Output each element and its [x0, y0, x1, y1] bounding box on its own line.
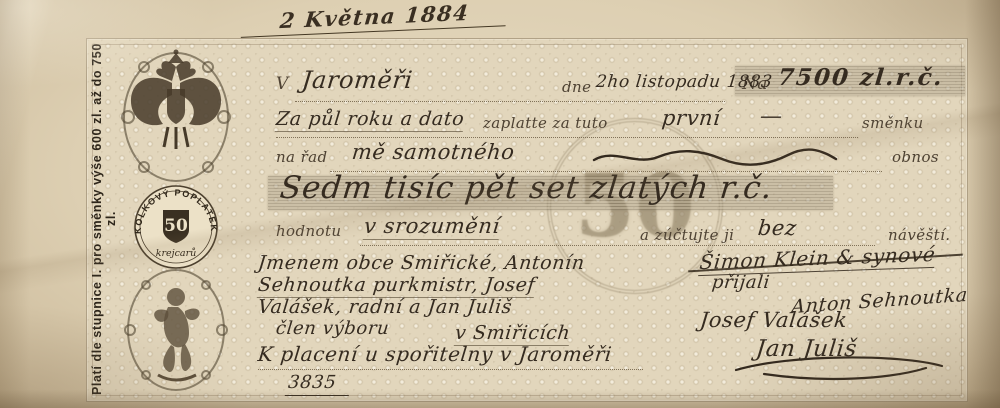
printed-smenku-label: směnku — [862, 114, 924, 132]
order-of-field: mě samotného — [351, 140, 516, 164]
issuer-line: člen výboru — [275, 318, 391, 339]
place-field: Jaroměři — [301, 66, 415, 94]
amount-words-field: Sedm tisíc pět set zlatých r.č. — [278, 170, 774, 206]
printed-pay-for-this: zaplatte za tuto — [483, 114, 608, 132]
signature-flourish — [730, 356, 950, 382]
rule-payable — [258, 368, 643, 370]
wavy-flourish-line — [590, 146, 840, 170]
stamp-unit: krejcarů — [156, 247, 197, 259]
signature: Josef Valášek — [699, 308, 849, 332]
accepted-label: přijali — [711, 272, 771, 293]
without-advice-field: bez — [757, 216, 798, 240]
rule-line1 — [295, 100, 725, 102]
revenue-stamp: KOLKOVÝ POPLATEK 50 krejcarů — [133, 186, 219, 268]
printed-navesti-label: návěští. — [888, 226, 950, 244]
ordinal-field: první — [661, 106, 722, 130]
printed-dne-label: dne — [562, 78, 591, 96]
ordinal-dash: — — [759, 104, 798, 129]
printed-zuctujte-label: a zúčtujte ji — [640, 226, 734, 244]
amount-figures-field: 7500 zl.r.č. — [777, 64, 946, 91]
printed-hodnotu-label: hodnotu — [276, 222, 341, 240]
printed-obnos-label: obnos — [892, 148, 939, 166]
issuer-line: Valášek, radní a Jan Juliš — [257, 296, 513, 318]
date-field: 2ho listopadu 1883 — [595, 72, 773, 92]
printed-na-rad-label: na řad — [276, 148, 328, 166]
printed-v-label: V — [276, 74, 289, 94]
issuer-line: Sehnoutka purkmistr, Josef — [257, 274, 537, 298]
rule-line5 — [360, 244, 875, 246]
cherub-icon — [154, 288, 199, 380]
document-number: 3835 — [285, 372, 352, 396]
stamp-value: 50 — [164, 216, 188, 236]
ornamental-stamp-column: KOLKOVÝ POPLATEK 50 krejcarů — [118, 45, 238, 395]
value-received-field: v srozumění — [363, 214, 502, 240]
payable-at-line: K placení u spořitelny v Jaroměři — [257, 342, 613, 366]
rule-line2 — [276, 136, 858, 138]
issuer-line: Jmenem obce Smiřické, Antonín — [257, 252, 586, 274]
term-field: Za půl roku a dato — [275, 108, 466, 132]
double-headed-eagle-icon — [131, 50, 221, 150]
promissory-note-sheet: 2 Května 1884 Platí dle stupnice I. pro … — [0, 0, 1000, 408]
stamp-scale-note: Platí dle stupnice I. pro směnky výše 60… — [90, 42, 112, 396]
due-date-annotation: 2 Května 1884 — [241, 0, 508, 38]
